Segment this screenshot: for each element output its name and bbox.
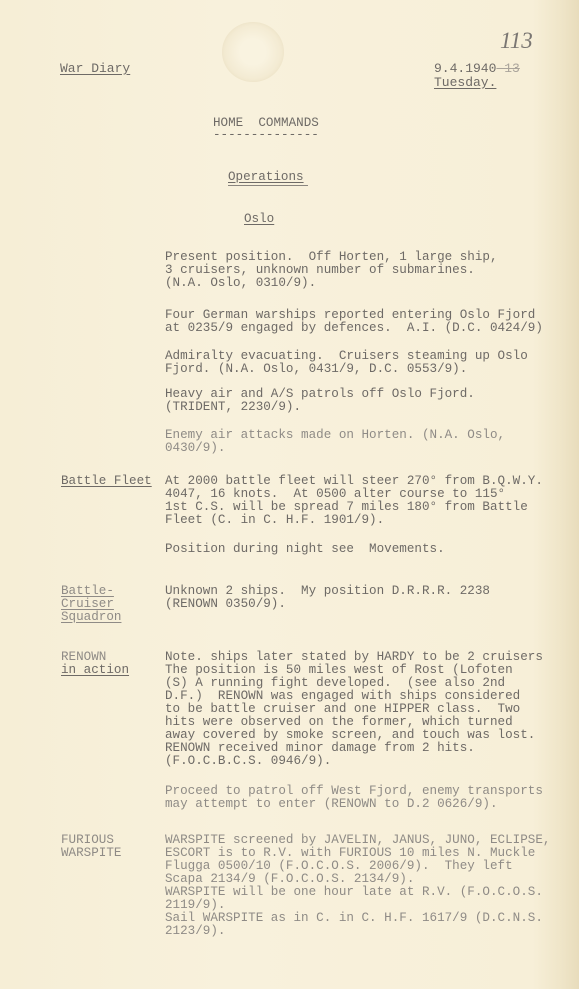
- entry-renown-paragraph: Proceed to patrol off West Fjord, enemy …: [165, 785, 543, 811]
- entry-battle-fleet-paragraph: Position during night see Movements.: [165, 543, 445, 556]
- entry-oslo-paragraph: Enemy air attacks made on Horten. (N.A. …: [165, 429, 505, 455]
- day-of-week: Tuesday.: [434, 76, 496, 89]
- entry-furious-warspite-paragraph: WARSPITE screened by JAVELIN, JANUS, JUN…: [165, 834, 550, 938]
- embossed-seal-icon: [222, 22, 284, 82]
- entry-oslo-paragraph: Heavy air and A/S patrols off Oslo Fjord…: [165, 388, 475, 414]
- label-battle-fleet: Battle Fleet: [61, 475, 152, 488]
- subheading-operations: Operations: [228, 171, 304, 184]
- label-battle-cruiser-squadron: Battle- Cruiser Squadron: [61, 585, 121, 624]
- entry-bcs-paragraph: Unknown 2 ships. My position D.R.R.R. 22…: [165, 585, 490, 611]
- entry-renown-paragraph: Note. ships later stated by HARDY to be …: [165, 651, 543, 768]
- date-strikethrough: -13: [496, 61, 519, 76]
- subheading-double-rule: [228, 185, 308, 186]
- heading-rule: --------------: [213, 129, 319, 142]
- document-page: War Diary 113 9.4.1940-13 Tuesday. HOME …: [0, 0, 579, 989]
- entry-oslo-paragraph: Present position. Off Horten, 1 large sh…: [165, 251, 498, 290]
- label-in-action: in action: [61, 664, 129, 677]
- document-title: War Diary: [60, 62, 130, 75]
- entry-oslo-paragraph: Four German warships reported entering O…: [165, 309, 543, 335]
- entry-battle-fleet-paragraph: At 2000 battle fleet will steer 270° fro…: [165, 475, 543, 527]
- location-heading: Oslo: [244, 213, 274, 226]
- date: 9.4.1940-13: [434, 62, 520, 75]
- entry-oslo-paragraph: Admiralty evacuating. Cruisers steaming …: [165, 350, 528, 376]
- date-value: 9.4.1940: [434, 61, 496, 76]
- page-number: 113: [500, 28, 533, 54]
- label-furious-warspite: FURIOUS WARSPITE: [61, 834, 121, 860]
